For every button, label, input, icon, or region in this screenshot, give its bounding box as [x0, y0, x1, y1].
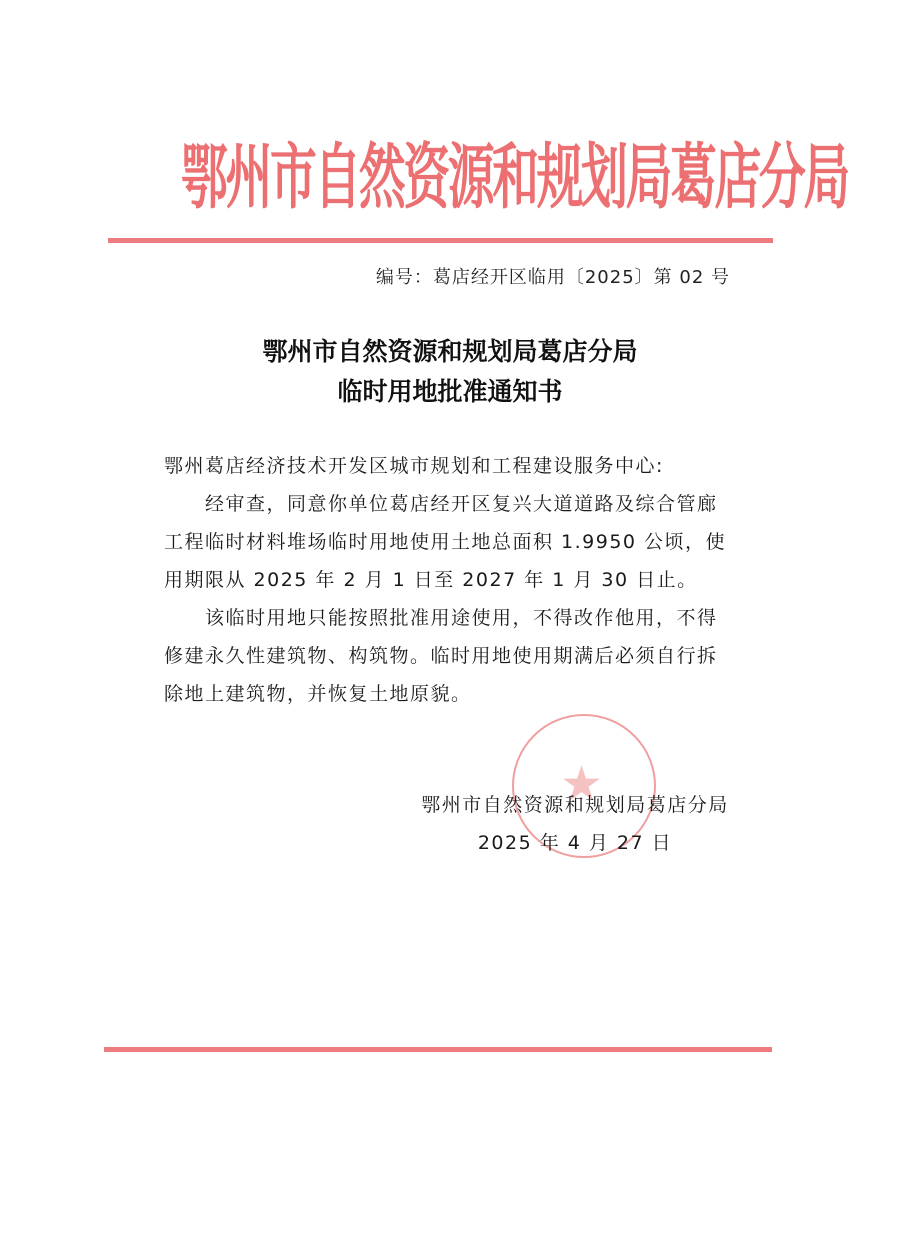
body-paragraph-approval: 经审查，同意你单位葛店经开区复兴大道道路及综合管廊工程临时材料堆场临时用地使用土…: [164, 485, 734, 599]
signature-organization: 鄂州市自然资源和规划局葛店分局: [420, 786, 730, 824]
document-title-line1: 鄂州市自然资源和规划局葛店分局: [150, 332, 750, 368]
signature-date: 2025 年 4 月 27 日: [420, 824, 730, 862]
signature-block: 鄂州市自然资源和规划局葛店分局 2025 年 4 月 27 日: [420, 786, 730, 862]
body-paragraph-conditions: 该临时用地只能按照批准用途使用，不得改作他用，不得修建永久性建筑物、构筑物。临时…: [164, 599, 734, 713]
footer-divider: [104, 1047, 772, 1052]
addressee: 鄂州葛店经济技术开发区城市规划和工程建设服务中心:: [164, 447, 734, 485]
masthead-divider: [108, 238, 773, 243]
document-number: 编号：葛店经开区临用〔2025〕第 02 号: [376, 263, 730, 289]
masthead-title: 鄂州市自然资源和规划局葛店分局: [181, 119, 699, 237]
document-title-line2: 临时用地批准通知书: [150, 372, 750, 408]
document-page: 鄂州市自然资源和规划局葛店分局 编号：葛店经开区临用〔2025〕第 02 号 鄂…: [0, 0, 900, 1237]
